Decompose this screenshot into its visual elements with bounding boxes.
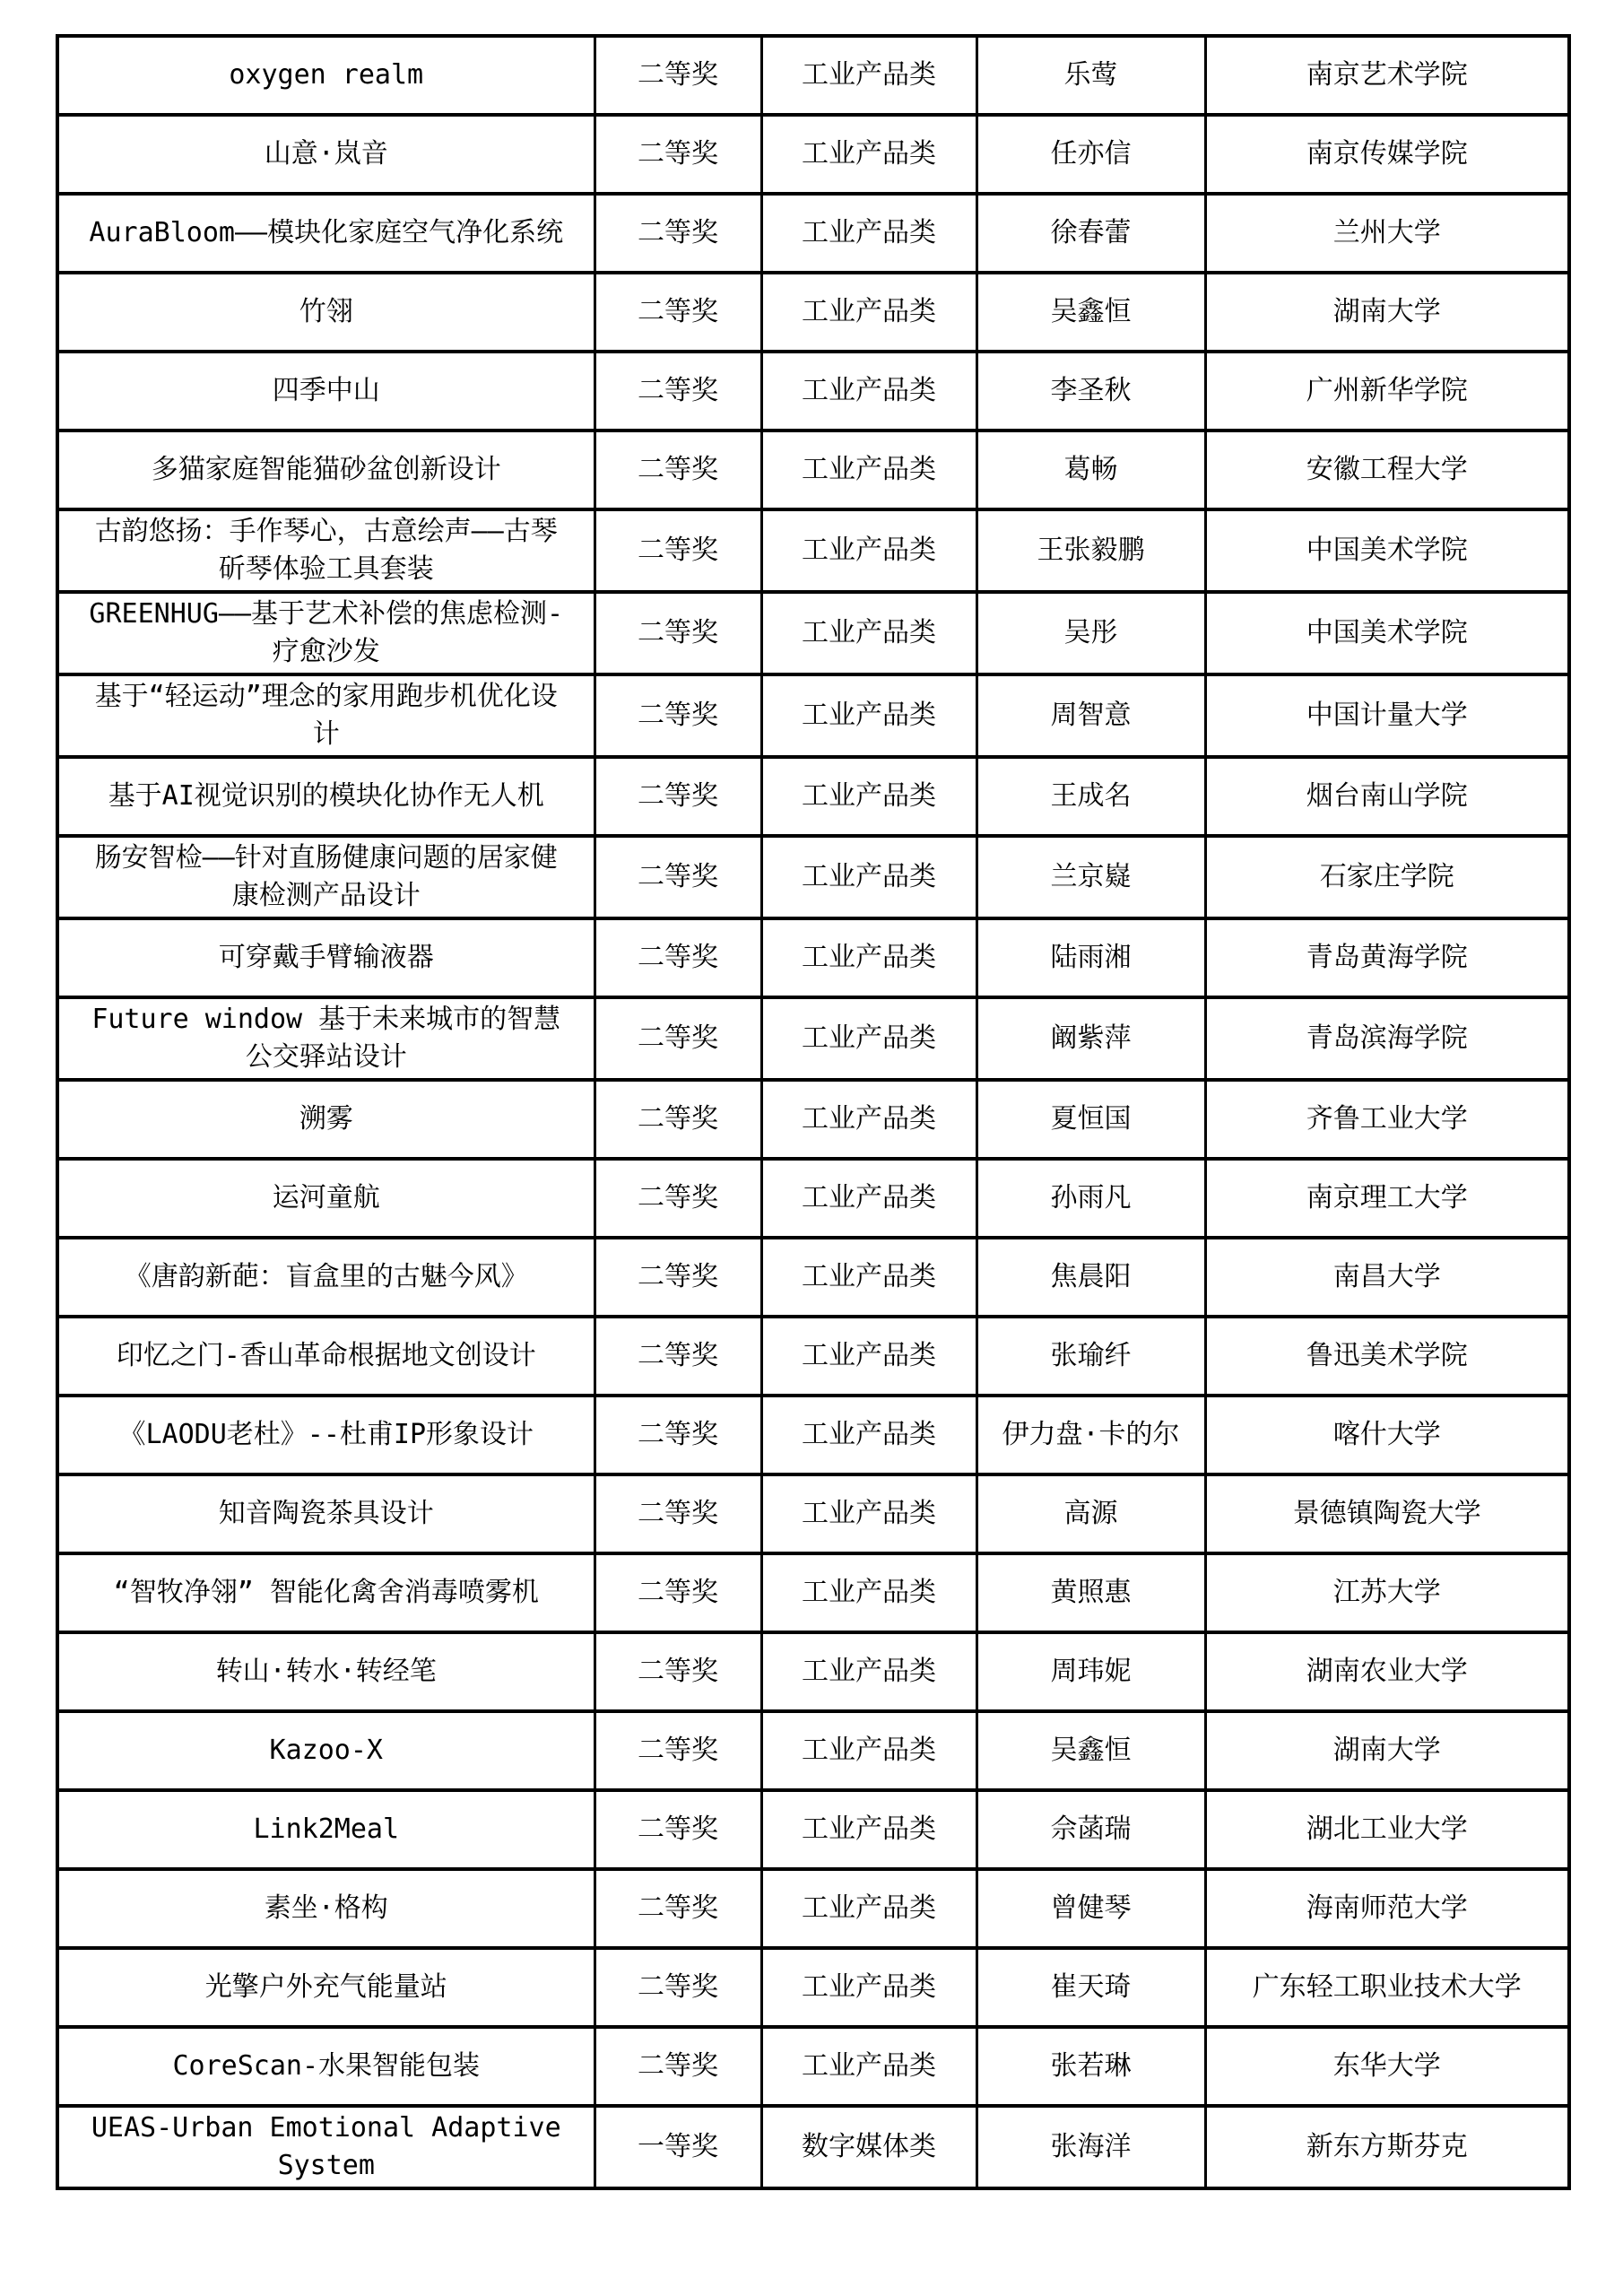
school-cell: 湖南大学 (1205, 273, 1569, 352)
author-cell: 吴鑫恒 (976, 273, 1205, 352)
award-cell: 二等奖 (595, 1553, 761, 1632)
work-cell: Kazoo-X (57, 1711, 595, 1790)
table-row: 多猫家庭智能猫砂盆创新设计二等奖工业产品类葛畅安徽工程大学 (57, 430, 1569, 509)
school-cell: 齐鲁工业大学 (1205, 1080, 1569, 1159)
award-cell: 二等奖 (595, 836, 761, 918)
school-cell: 鲁迅美术学院 (1205, 1317, 1569, 1396)
table-row: 素坐·格构二等奖工业产品类曾健琴海南师范大学 (57, 1869, 1569, 1948)
school-cell: 南昌大学 (1205, 1238, 1569, 1317)
work-cell: 《唐韵新葩：盲盒里的古魅今风》 (57, 1238, 595, 1317)
author-cell: 乐莺 (976, 36, 1205, 115)
table-row: 知音陶瓷茶具设计二等奖工业产品类高源景德镇陶瓷大学 (57, 1474, 1569, 1553)
table-row: GREENHUG——基于艺术补偿的焦虑检测-疗愈沙发二等奖工业产品类吴彤中国美术… (57, 592, 1569, 674)
author-cell: 陆雨湘 (976, 918, 1205, 997)
work-cell: 四季中山 (57, 352, 595, 430)
work-cell: 溯雾 (57, 1080, 595, 1159)
award-cell: 二等奖 (595, 1159, 761, 1238)
work-cell: UEAS-Urban Emotional Adaptive System (57, 2106, 595, 2188)
table-row: 运河童航二等奖工业产品类孙雨凡南京理工大学 (57, 1159, 1569, 1238)
work-cell: AuraBloom——模块化家庭空气净化系统 (57, 194, 595, 273)
author-cell: 阚紫萍 (976, 997, 1205, 1080)
award-cell: 二等奖 (595, 918, 761, 997)
work-cell: 印忆之门-香山革命根据地文创设计 (57, 1317, 595, 1396)
author-cell: 张若琳 (976, 2027, 1205, 2106)
work-cell: 基于AI视觉识别的模块化协作无人机 (57, 757, 595, 836)
award-cell: 二等奖 (595, 1317, 761, 1396)
category-cell: 工业产品类 (761, 430, 976, 509)
award-cell: 二等奖 (595, 509, 761, 592)
work-cell: 素坐·格构 (57, 1869, 595, 1948)
author-cell: 王张毅鹏 (976, 509, 1205, 592)
award-cell: 二等奖 (595, 1869, 761, 1948)
award-cell: 二等奖 (595, 997, 761, 1080)
category-cell: 工业产品类 (761, 918, 976, 997)
award-cell: 二等奖 (595, 1790, 761, 1869)
school-cell: 青岛黄海学院 (1205, 918, 1569, 997)
table-row: 《唐韵新葩：盲盒里的古魅今风》二等奖工业产品类焦晨阳南昌大学 (57, 1238, 1569, 1317)
category-cell: 工业产品类 (761, 1632, 976, 1711)
author-cell: 王成名 (976, 757, 1205, 836)
work-cell: 光擎户外充气能量站 (57, 1948, 595, 2027)
award-cell: 二等奖 (595, 194, 761, 273)
table-row: 基于“轻运动”理念的家用跑步机优化设计二等奖工业产品类周智意中国计量大学 (57, 674, 1569, 757)
table-row: 竹翎二等奖工业产品类吴鑫恒湖南大学 (57, 273, 1569, 352)
category-cell: 工业产品类 (761, 273, 976, 352)
award-cell: 二等奖 (595, 592, 761, 674)
school-cell: 青岛滨海学院 (1205, 997, 1569, 1080)
school-cell: 东华大学 (1205, 2027, 1569, 2106)
author-cell: 夏恒国 (976, 1080, 1205, 1159)
category-cell: 数字媒体类 (761, 2106, 976, 2188)
table-row: “智牧净翎” 智能化禽舍消毒喷雾机二等奖工业产品类黄照惠江苏大学 (57, 1553, 1569, 1632)
award-cell: 二等奖 (595, 430, 761, 509)
author-cell: 李圣秋 (976, 352, 1205, 430)
school-cell: 景德镇陶瓷大学 (1205, 1474, 1569, 1553)
work-cell: oxygen realm (57, 36, 595, 115)
school-cell: 中国美术学院 (1205, 509, 1569, 592)
school-cell: 南京艺术学院 (1205, 36, 1569, 115)
category-cell: 工业产品类 (761, 1790, 976, 1869)
school-cell: 湖南农业大学 (1205, 1632, 1569, 1711)
table-row: UEAS-Urban Emotional Adaptive System一等奖数… (57, 2106, 1569, 2188)
author-cell: 张瑜纤 (976, 1317, 1205, 1396)
category-cell: 工业产品类 (761, 1238, 976, 1317)
school-cell: 石家庄学院 (1205, 836, 1569, 918)
author-cell: 吴彤 (976, 592, 1205, 674)
table-row: 山意·岚音二等奖工业产品类任亦信南京传媒学院 (57, 115, 1569, 194)
author-cell: 伊力盘·卡的尔 (976, 1396, 1205, 1474)
category-cell: 工业产品类 (761, 1474, 976, 1553)
category-cell: 工业产品类 (761, 592, 976, 674)
award-cell: 二等奖 (595, 1238, 761, 1317)
table-row: 四季中山二等奖工业产品类李圣秋广州新华学院 (57, 352, 1569, 430)
author-cell: 焦晨阳 (976, 1238, 1205, 1317)
category-cell: 工业产品类 (761, 36, 976, 115)
document-page: oxygen realm二等奖工业产品类乐莺南京艺术学院山意·岚音二等奖工业产品… (0, 0, 1623, 2296)
category-cell: 工业产品类 (761, 1159, 976, 1238)
category-cell: 工业产品类 (761, 1553, 976, 1632)
author-cell: 任亦信 (976, 115, 1205, 194)
award-cell: 二等奖 (595, 757, 761, 836)
author-cell: 吴鑫恒 (976, 1711, 1205, 1790)
category-cell: 工业产品类 (761, 1396, 976, 1474)
author-cell: 高源 (976, 1474, 1205, 1553)
category-cell: 工业产品类 (761, 997, 976, 1080)
award-cell: 二等奖 (595, 273, 761, 352)
work-cell: 古韵悠扬：手作琴心，古意绘声——古琴斫琴体验工具套装 (57, 509, 595, 592)
author-cell: 兰京嶷 (976, 836, 1205, 918)
author-cell: 葛畅 (976, 430, 1205, 509)
school-cell: 中国美术学院 (1205, 592, 1569, 674)
award-cell: 二等奖 (595, 1474, 761, 1553)
category-cell: 工业产品类 (761, 1080, 976, 1159)
work-cell: 运河童航 (57, 1159, 595, 1238)
school-cell: 南京传媒学院 (1205, 115, 1569, 194)
award-cell: 一等奖 (595, 2106, 761, 2188)
school-cell: 安徽工程大学 (1205, 430, 1569, 509)
author-cell: 周玮妮 (976, 1632, 1205, 1711)
author-cell: 黄照惠 (976, 1553, 1205, 1632)
work-cell: 竹翎 (57, 273, 595, 352)
award-cell: 二等奖 (595, 1711, 761, 1790)
work-cell: 转山·转水·转经笔 (57, 1632, 595, 1711)
school-cell: 南京理工大学 (1205, 1159, 1569, 1238)
category-cell: 工业产品类 (761, 1711, 976, 1790)
school-cell: 兰州大学 (1205, 194, 1569, 273)
table-row: CoreScan-水果智能包装二等奖工业产品类张若琳东华大学 (57, 2027, 1569, 2106)
table-row: 光擎户外充气能量站二等奖工业产品类崔天琦广东轻工职业技术大学 (57, 1948, 1569, 2027)
table-row: oxygen realm二等奖工业产品类乐莺南京艺术学院 (57, 36, 1569, 115)
table-row: 古韵悠扬：手作琴心，古意绘声——古琴斫琴体验工具套装二等奖工业产品类王张毅鹏中国… (57, 509, 1569, 592)
work-cell: GREENHUG——基于艺术补偿的焦虑检测-疗愈沙发 (57, 592, 595, 674)
author-cell: 徐春蕾 (976, 194, 1205, 273)
award-cell: 二等奖 (595, 1948, 761, 2027)
work-cell: CoreScan-水果智能包装 (57, 2027, 595, 2106)
award-cell: 二等奖 (595, 2027, 761, 2106)
table-row: Link2Meal二等奖工业产品类佘菡瑞湖北工业大学 (57, 1790, 1569, 1869)
school-cell: 湖南大学 (1205, 1711, 1569, 1790)
category-cell: 工业产品类 (761, 757, 976, 836)
category-cell: 工业产品类 (761, 1869, 976, 1948)
work-cell: 肠安智检——针对直肠健康问题的居家健康检测产品设计 (57, 836, 595, 918)
category-cell: 工业产品类 (761, 194, 976, 273)
author-cell: 孙雨凡 (976, 1159, 1205, 1238)
award-cell: 二等奖 (595, 352, 761, 430)
award-table: oxygen realm二等奖工业产品类乐莺南京艺术学院山意·岚音二等奖工业产品… (56, 34, 1571, 2190)
table-row: 《LAODU老杜》--杜甫IP形象设计二等奖工业产品类伊力盘·卡的尔喀什大学 (57, 1396, 1569, 1474)
award-cell: 二等奖 (595, 36, 761, 115)
award-cell: 二等奖 (595, 1632, 761, 1711)
award-cell: 二等奖 (595, 1396, 761, 1474)
table-row: 基于AI视觉识别的模块化协作无人机二等奖工业产品类王成名烟台南山学院 (57, 757, 1569, 836)
award-cell: 二等奖 (595, 115, 761, 194)
school-cell: 中国计量大学 (1205, 674, 1569, 757)
work-cell: 可穿戴手臂输液器 (57, 918, 595, 997)
author-cell: 崔天琦 (976, 1948, 1205, 2027)
table-row: 可穿戴手臂输液器二等奖工业产品类陆雨湘青岛黄海学院 (57, 918, 1569, 997)
school-cell: 海南师范大学 (1205, 1869, 1569, 1948)
work-cell: 基于“轻运动”理念的家用跑步机优化设计 (57, 674, 595, 757)
school-cell: 江苏大学 (1205, 1553, 1569, 1632)
table-row: 肠安智检——针对直肠健康问题的居家健康检测产品设计二等奖工业产品类兰京嶷石家庄学… (57, 836, 1569, 918)
category-cell: 工业产品类 (761, 836, 976, 918)
school-cell: 广东轻工职业技术大学 (1205, 1948, 1569, 2027)
school-cell: 广州新华学院 (1205, 352, 1569, 430)
school-cell: 喀什大学 (1205, 1396, 1569, 1474)
author-cell: 张海洋 (976, 2106, 1205, 2188)
author-cell: 周智意 (976, 674, 1205, 757)
work-cell: 多猫家庭智能猫砂盆创新设计 (57, 430, 595, 509)
category-cell: 工业产品类 (761, 1317, 976, 1396)
school-cell: 烟台南山学院 (1205, 757, 1569, 836)
school-cell: 湖北工业大学 (1205, 1790, 1569, 1869)
table-row: Future window 基于未来城市的智慧公交驿站设计二等奖工业产品类阚紫萍… (57, 997, 1569, 1080)
award-cell: 二等奖 (595, 1080, 761, 1159)
author-cell: 佘菡瑞 (976, 1790, 1205, 1869)
award-table-body: oxygen realm二等奖工业产品类乐莺南京艺术学院山意·岚音二等奖工业产品… (57, 36, 1569, 2188)
work-cell: 山意·岚音 (57, 115, 595, 194)
work-cell: Future window 基于未来城市的智慧公交驿站设计 (57, 997, 595, 1080)
work-cell: 知音陶瓷茶具设计 (57, 1474, 595, 1553)
work-cell: 《LAODU老杜》--杜甫IP形象设计 (57, 1396, 595, 1474)
category-cell: 工业产品类 (761, 1948, 976, 2027)
table-row: 转山·转水·转经笔二等奖工业产品类周玮妮湖南农业大学 (57, 1632, 1569, 1711)
school-cell: 新东方斯芬克 (1205, 2106, 1569, 2188)
category-cell: 工业产品类 (761, 115, 976, 194)
category-cell: 工业产品类 (761, 674, 976, 757)
category-cell: 工业产品类 (761, 352, 976, 430)
table-row: AuraBloom——模块化家庭空气净化系统二等奖工业产品类徐春蕾兰州大学 (57, 194, 1569, 273)
category-cell: 工业产品类 (761, 509, 976, 592)
work-cell: Link2Meal (57, 1790, 595, 1869)
work-cell: “智牧净翎” 智能化禽舍消毒喷雾机 (57, 1553, 595, 1632)
award-cell: 二等奖 (595, 674, 761, 757)
table-row: 溯雾二等奖工业产品类夏恒国齐鲁工业大学 (57, 1080, 1569, 1159)
table-row: 印忆之门-香山革命根据地文创设计二等奖工业产品类张瑜纤鲁迅美术学院 (57, 1317, 1569, 1396)
author-cell: 曾健琴 (976, 1869, 1205, 1948)
table-row: Kazoo-X二等奖工业产品类吴鑫恒湖南大学 (57, 1711, 1569, 1790)
category-cell: 工业产品类 (761, 2027, 976, 2106)
